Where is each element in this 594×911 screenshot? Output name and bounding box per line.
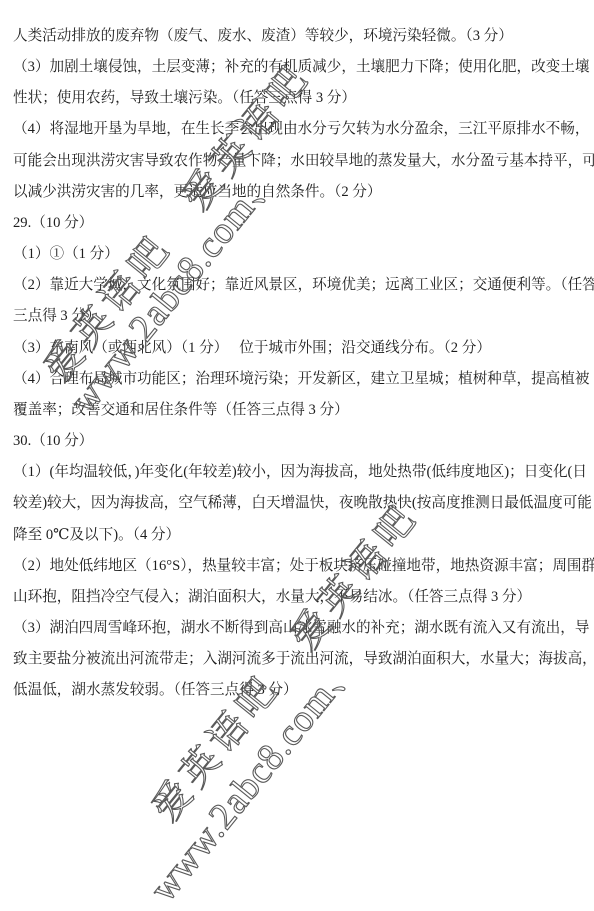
text-line: 致主要盐分被流出河流带走；入湖河流多于流出河流，导致湖泊面积大，水量大；海拔高， xyxy=(13,644,591,675)
text-line: （1）(年均温较低，)年变化(年较差)较小，因为海拔高，地处热带(低纬度地区)；… xyxy=(13,457,591,488)
text-line: （2）靠近大学城，文化氛围好；靠近风景区，环境优美；远离工业区；交通便利等。（任… xyxy=(13,270,591,301)
text-line: （4）合理布局城市功能区；治理环境污染；开发新区，建立卫星城；植树种草，提高植被 xyxy=(13,364,591,395)
text-line: 降至 0℃及以下)。（4 分） xyxy=(13,520,591,551)
text-line: （3）湖泊四周雪峰环抱，湖水不断得到高山冰雪融水的补充；湖水既有流入又有流出，导 xyxy=(13,613,591,644)
answer-text-block: 人类活动排放的废弃物（废气、废水、废渣）等较少，环境污染轻微。（3 分）（3）加… xyxy=(13,21,591,706)
text-line: （3）加剧土壤侵蚀，土层变薄；补充的有机质减少，土壤肥力下降；使用化肥，改变土壤 xyxy=(13,52,591,83)
text-line: 29.（10 分） xyxy=(13,208,591,239)
text-line: 较差)较大，因为海拔高，空气稀薄，白天增温快，夜晚散热快(按高度推测日最低温度可… xyxy=(13,488,591,519)
text-line: （3）东南风（或西北风）（1 分） 位于城市外围；沿交通线分布。（2 分） xyxy=(13,333,591,364)
text-line: 山环抱，阻挡冷空气侵入；湖泊面积大，水量大，不易结冰。（任答三点得 3 分） xyxy=(13,582,591,613)
text-line: 可能会出现洪涝灾害导致农作物产量下降；水田较旱地的蒸发量大，水分盈亏基本持平，可 xyxy=(13,146,591,177)
text-line: 性状；使用农药，导致土壤污染。（任答三点得 3 分） xyxy=(13,83,591,114)
text-line: 30.（10 分） xyxy=(13,426,591,457)
text-line: 低温低，湖水蒸发较弱。（任答三点得 3 分） xyxy=(13,675,591,706)
document-page: 人类活动排放的废弃物（废气、废水、废渣）等较少，环境污染轻微。（3 分）（3）加… xyxy=(0,0,594,911)
text-line: （2）地处低纬地区（16°S），热量较丰富；处于板块挤压碰撞地带，地热资源丰富；… xyxy=(13,551,591,582)
text-line: 三点得 3 分） xyxy=(13,301,591,332)
text-line: 以减少洪涝灾害的几率，更适应当地的自然条件。（2 分） xyxy=(13,177,591,208)
text-line: （4）将湿地开垦为旱地，在生长季会出现由水分亏欠转为水分盈余，三江平原排水不畅， xyxy=(13,114,591,145)
text-line: 人类活动排放的废弃物（废气、废水、废渣）等较少，环境污染轻微。（3 分） xyxy=(13,21,591,52)
text-line: 覆盖率；改善交通和居住条件等（任答三点得 3 分） xyxy=(13,395,591,426)
text-line: （1）①（1 分） xyxy=(13,239,591,270)
